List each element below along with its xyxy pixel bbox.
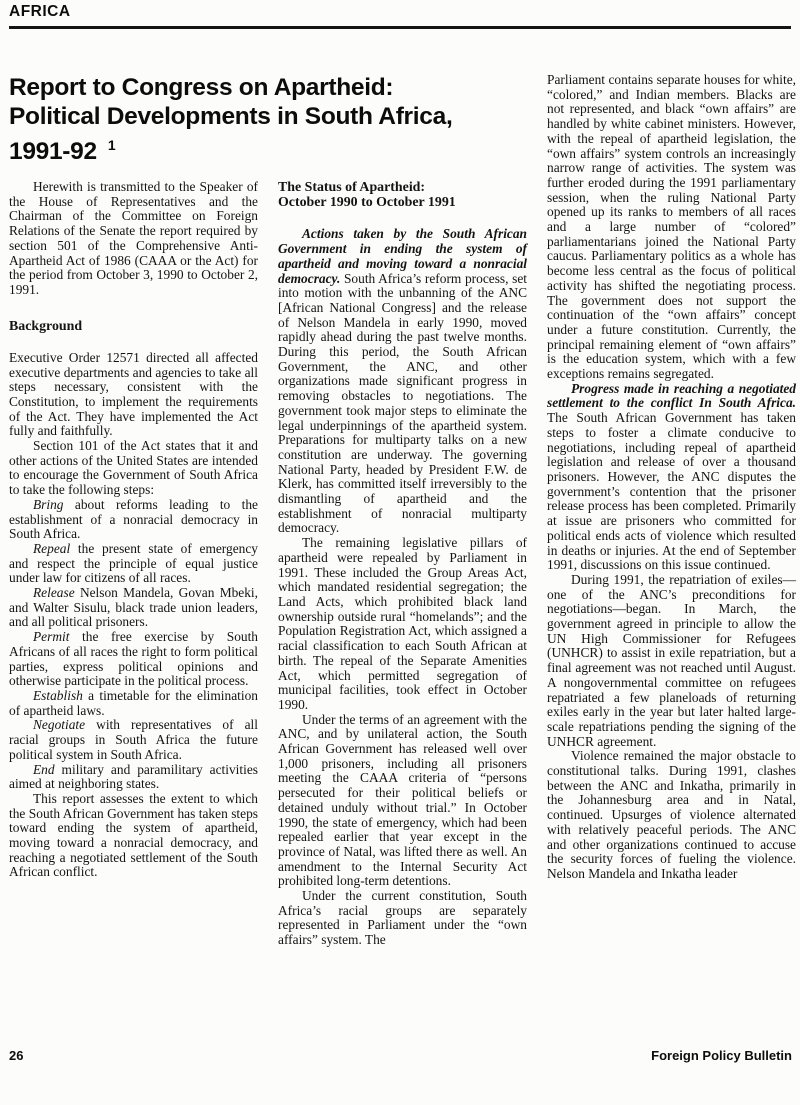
body-paragraph: Parliament contains separate houses for …	[547, 73, 796, 382]
body-paragraph: This report assesses the extent to which…	[9, 792, 258, 880]
title-line-2: Political Developments in South Africa,	[9, 102, 527, 131]
text-run: During 1991, the repatriation of exiles—…	[547, 572, 796, 749]
page-number: 26	[9, 1048, 23, 1063]
emphasis-run: Permit	[33, 629, 69, 644]
magazine-page: AFRICA Report to Congress on Apartheid: …	[0, 0, 800, 1105]
text-run: Executive Order 12571 directed all affec…	[9, 350, 258, 439]
emphasis-run: End	[33, 762, 55, 777]
body-paragraph: Executive Order 12571 directed all affec…	[9, 351, 258, 439]
text-run: Parliament contains separate houses for …	[547, 72, 796, 381]
page-header: AFRICA	[0, 0, 800, 29]
text-run: Under the terms of an agreement with the…	[278, 712, 527, 889]
body-paragraph: Establish a timetable for the eliminatio…	[9, 689, 258, 718]
body-paragraph: Bring about reforms leading to the estab…	[9, 498, 258, 542]
emphasis-run: Progress made in reaching a negotiated s…	[547, 381, 796, 411]
body-paragraph: During 1991, the repatriation of exiles—…	[547, 573, 796, 749]
text-run: South Africa’s reform process, set into …	[278, 271, 527, 536]
page-footer: 26 Foreign Policy Bulletin	[9, 1048, 792, 1063]
title-line-3-wrap: 1991-921	[9, 131, 527, 166]
footnote-marker: 1	[108, 137, 116, 153]
text-column-1: Herewith is transmitted to the Speaker o…	[9, 180, 258, 948]
section-kicker: AFRICA	[9, 3, 791, 21]
body-paragraph: Release Nelson Mandela, Govan Mbeki, and…	[9, 586, 258, 630]
body-paragraph: Actions taken by the South African Gover…	[278, 227, 527, 536]
body-paragraph: Progress made in reaching a negotiated s…	[547, 382, 796, 573]
text-run: Under the current constitution, South Af…	[278, 888, 527, 947]
body-paragraph: The remaining legislative pillars of apa…	[278, 536, 527, 712]
text-run: The remaining legislative pillars of apa…	[278, 535, 527, 712]
text-column-3: Parliament contains separate houses for …	[547, 73, 796, 948]
emphasis-run: Release	[33, 585, 75, 600]
body-paragraph: Permit the free exercise by South Africa…	[9, 630, 258, 689]
subsection-heading: The Status of Apartheid: October 1990 to…	[278, 180, 527, 210]
body-paragraph: Under the terms of an agreement with the…	[278, 713, 527, 889]
title-line-1: Report to Congress on Apartheid:	[9, 73, 527, 102]
article-title: Report to Congress on Apartheid: Politic…	[9, 73, 527, 166]
text-run: Section 101 of the Act states that it an…	[9, 438, 258, 497]
text-run: The South African Government has taken s…	[547, 410, 796, 572]
text-run: Herewith is transmitted to the Speaker o…	[9, 179, 258, 297]
title-and-first-two-columns: Report to Congress on Apartheid: Politic…	[9, 73, 527, 948]
emphasis-run: Establish	[33, 688, 83, 703]
journal-name: Foreign Policy Bulletin	[651, 1048, 792, 1063]
body-paragraph: Negotiate with representatives of all ra…	[9, 718, 258, 762]
body-paragraph: End military and paramilitary activities…	[9, 763, 258, 792]
body-paragraph: Under the current constitution, South Af…	[278, 889, 527, 948]
header-rule	[9, 26, 791, 29]
body-paragraph: Section 101 of the Act states that it an…	[9, 439, 258, 498]
subsection-heading: Background	[9, 319, 258, 334]
title-line-3: 1991-92	[9, 138, 97, 165]
body-paragraph: Herewith is transmitted to the Speaker o…	[9, 180, 258, 298]
emphasis-run: Repeal	[33, 541, 70, 556]
body-paragraph: Violence remained the major obstacle to …	[547, 749, 796, 881]
body-paragraph: Repeal the present state of emergency an…	[9, 542, 258, 586]
columns-1-2: Herewith is transmitted to the Speaker o…	[9, 180, 527, 948]
emphasis-run: Bring	[33, 497, 64, 512]
emphasis-run: Negotiate	[33, 717, 85, 732]
text-column-2: The Status of Apartheid: October 1990 to…	[278, 180, 527, 948]
text-run: This report assesses the extent to which…	[9, 791, 258, 880]
article-body: Report to Congress on Apartheid: Politic…	[0, 73, 800, 948]
text-run: Violence remained the major obstacle to …	[547, 748, 796, 881]
